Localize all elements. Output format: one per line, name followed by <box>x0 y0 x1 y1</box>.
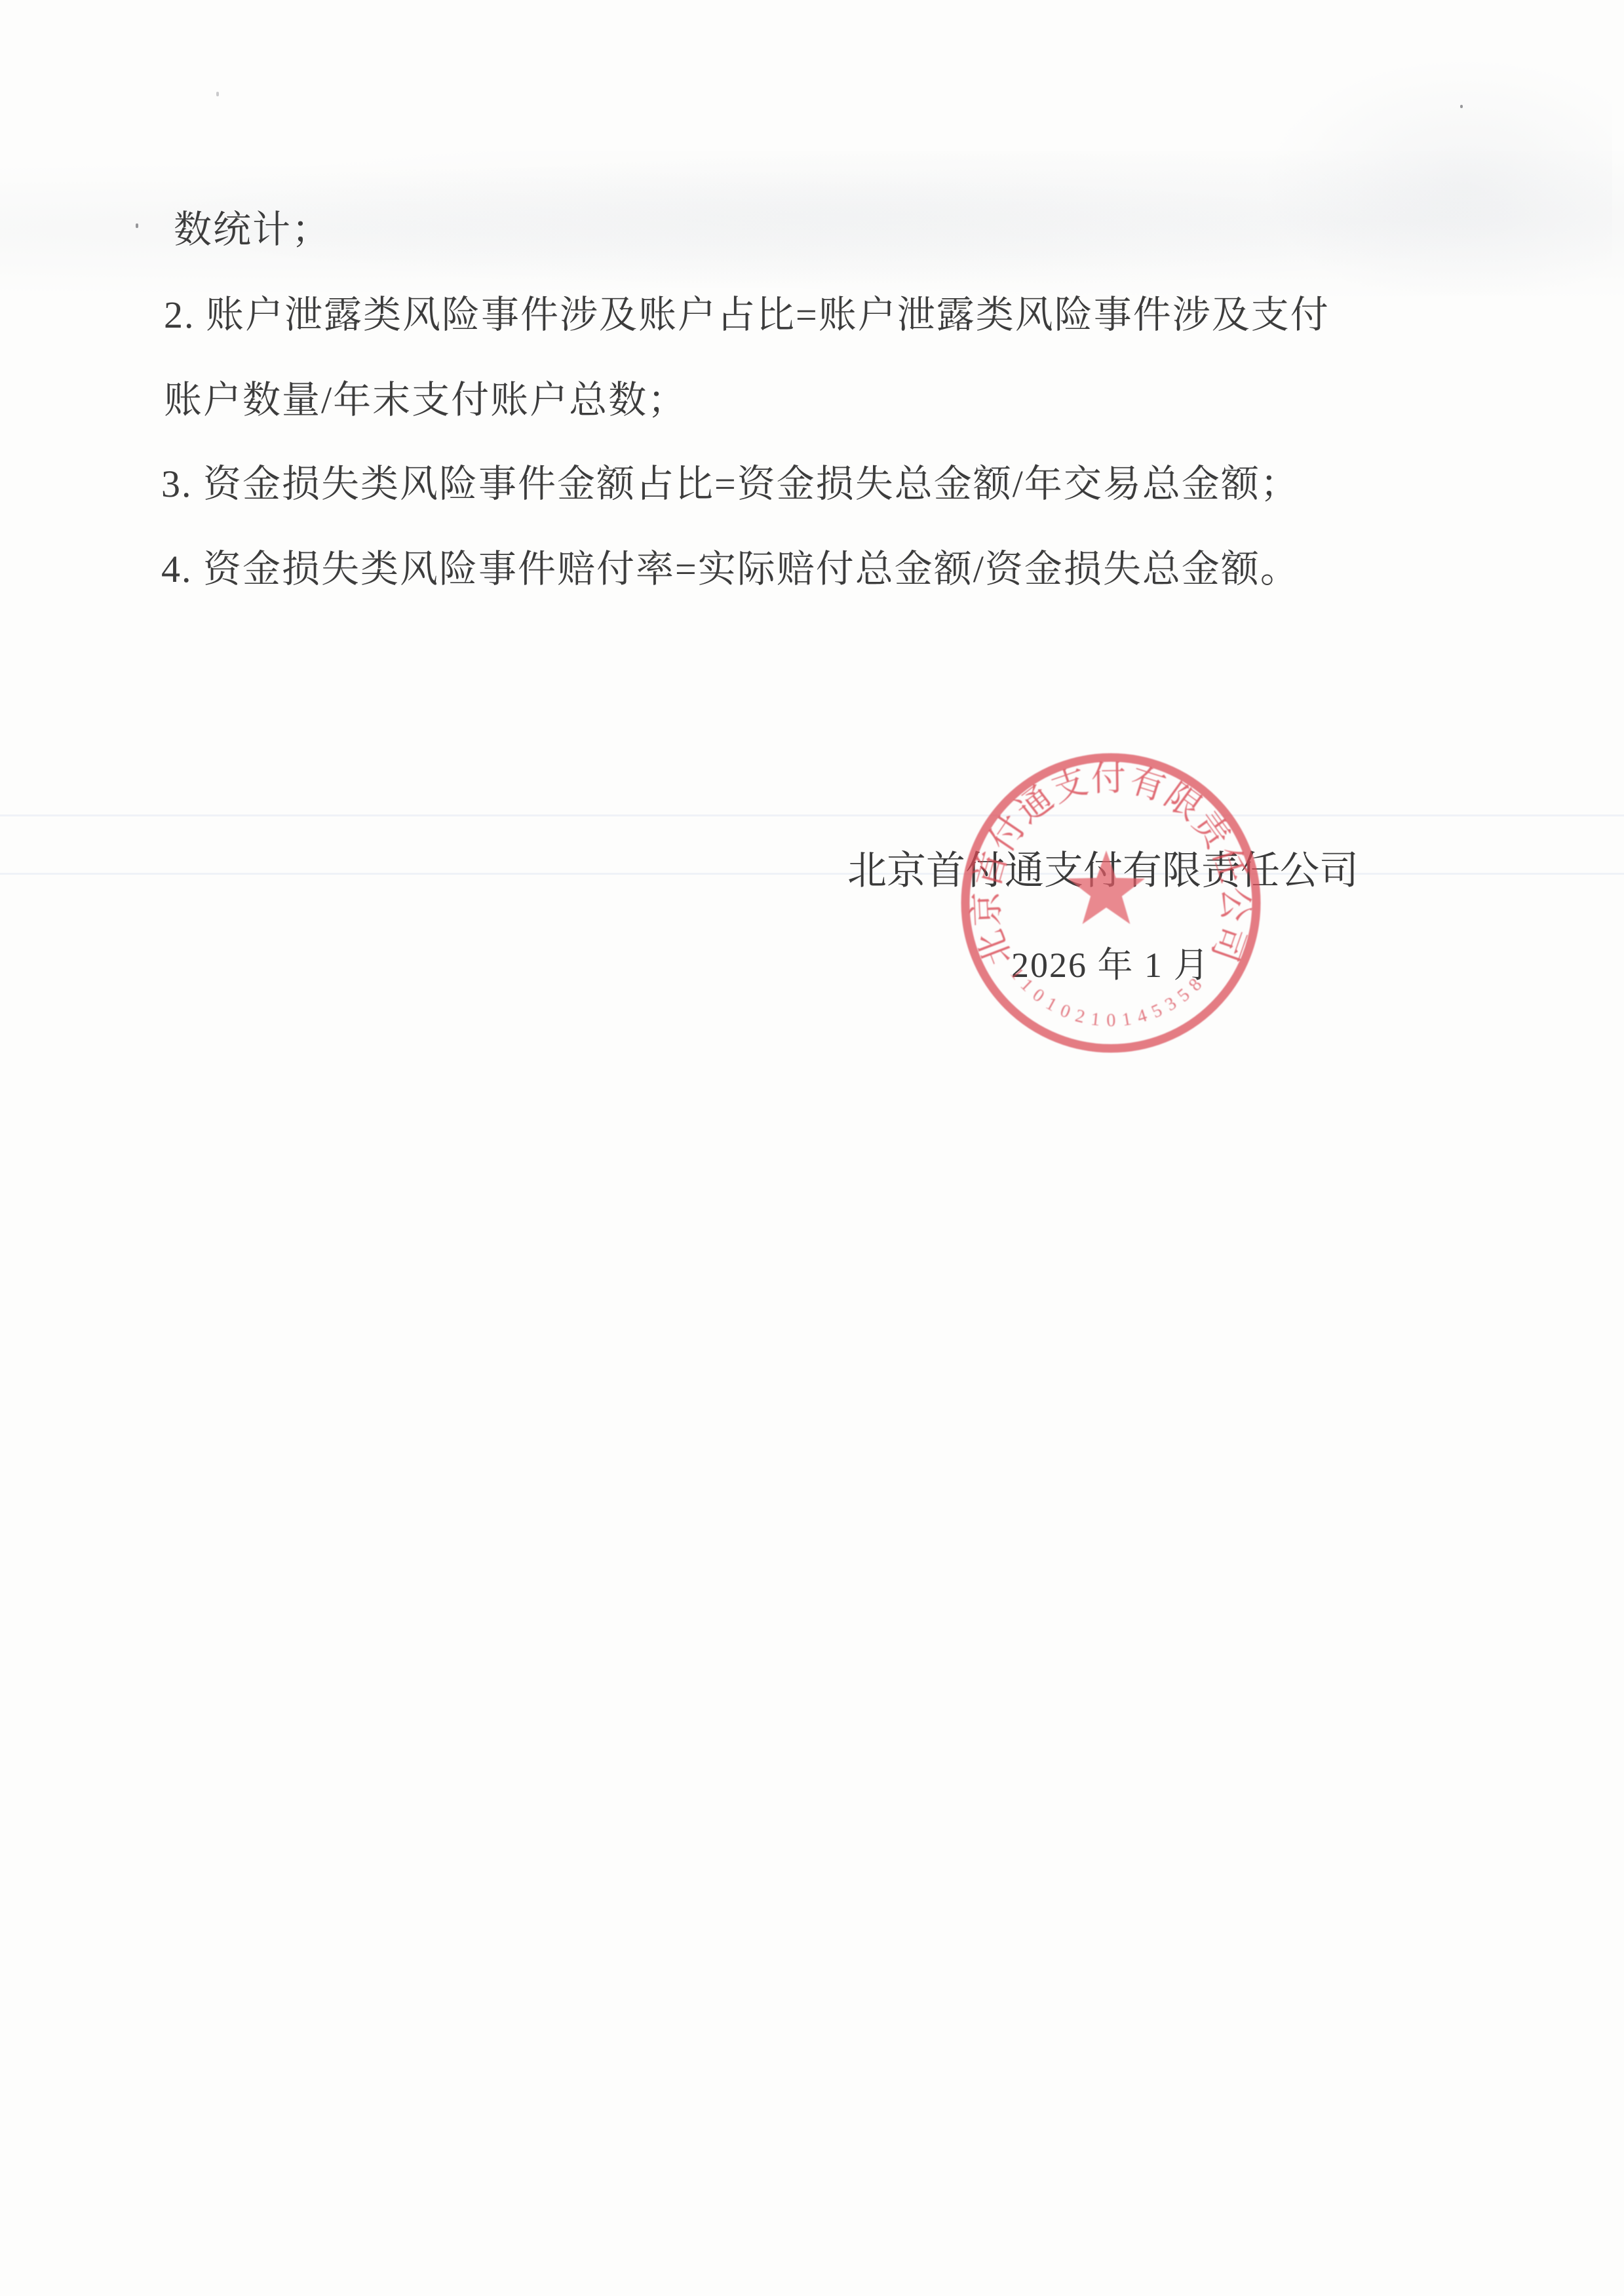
body-line-item-3: 3. 资金损失类风险事件金额占比=资金损失总金额/年交易总金额； <box>161 463 1300 507</box>
document-page: 数统计； 2. 账户泄露类风险事件涉及账户占比=账户泄露类风险事件涉及支付 账户… <box>0 0 1624 2296</box>
signature-company-name: 北京首付通支付有限责任公司 <box>847 839 1359 896</box>
scan-speck <box>216 92 219 96</box>
seal-ring <box>965 757 1256 1048</box>
scan-noise-smudge <box>1245 46 1612 295</box>
company-seal: 北京首付通支付有限责任公司 11010210145358 <box>954 746 1268 1060</box>
body-line-item-2: 2. 账户泄露类风险事件涉及账户占比=账户泄露类风险事件涉及支付 <box>164 294 1330 337</box>
body-line-item-2-continuation: 账户数量/年末支付账户总数； <box>164 379 687 423</box>
scan-streak <box>0 873 1624 875</box>
scan-streak <box>0 814 1624 816</box>
signature-date: 2026 年 1 月 <box>1011 937 1210 987</box>
scan-speck <box>1460 105 1463 108</box>
body-line-item-4: 4. 资金损失类风险事件赔付率=实际赔付总金额/资金损失总金额。 <box>161 548 1300 592</box>
body-line-continuation: 数统计； <box>174 208 331 252</box>
scan-speck <box>136 223 138 228</box>
